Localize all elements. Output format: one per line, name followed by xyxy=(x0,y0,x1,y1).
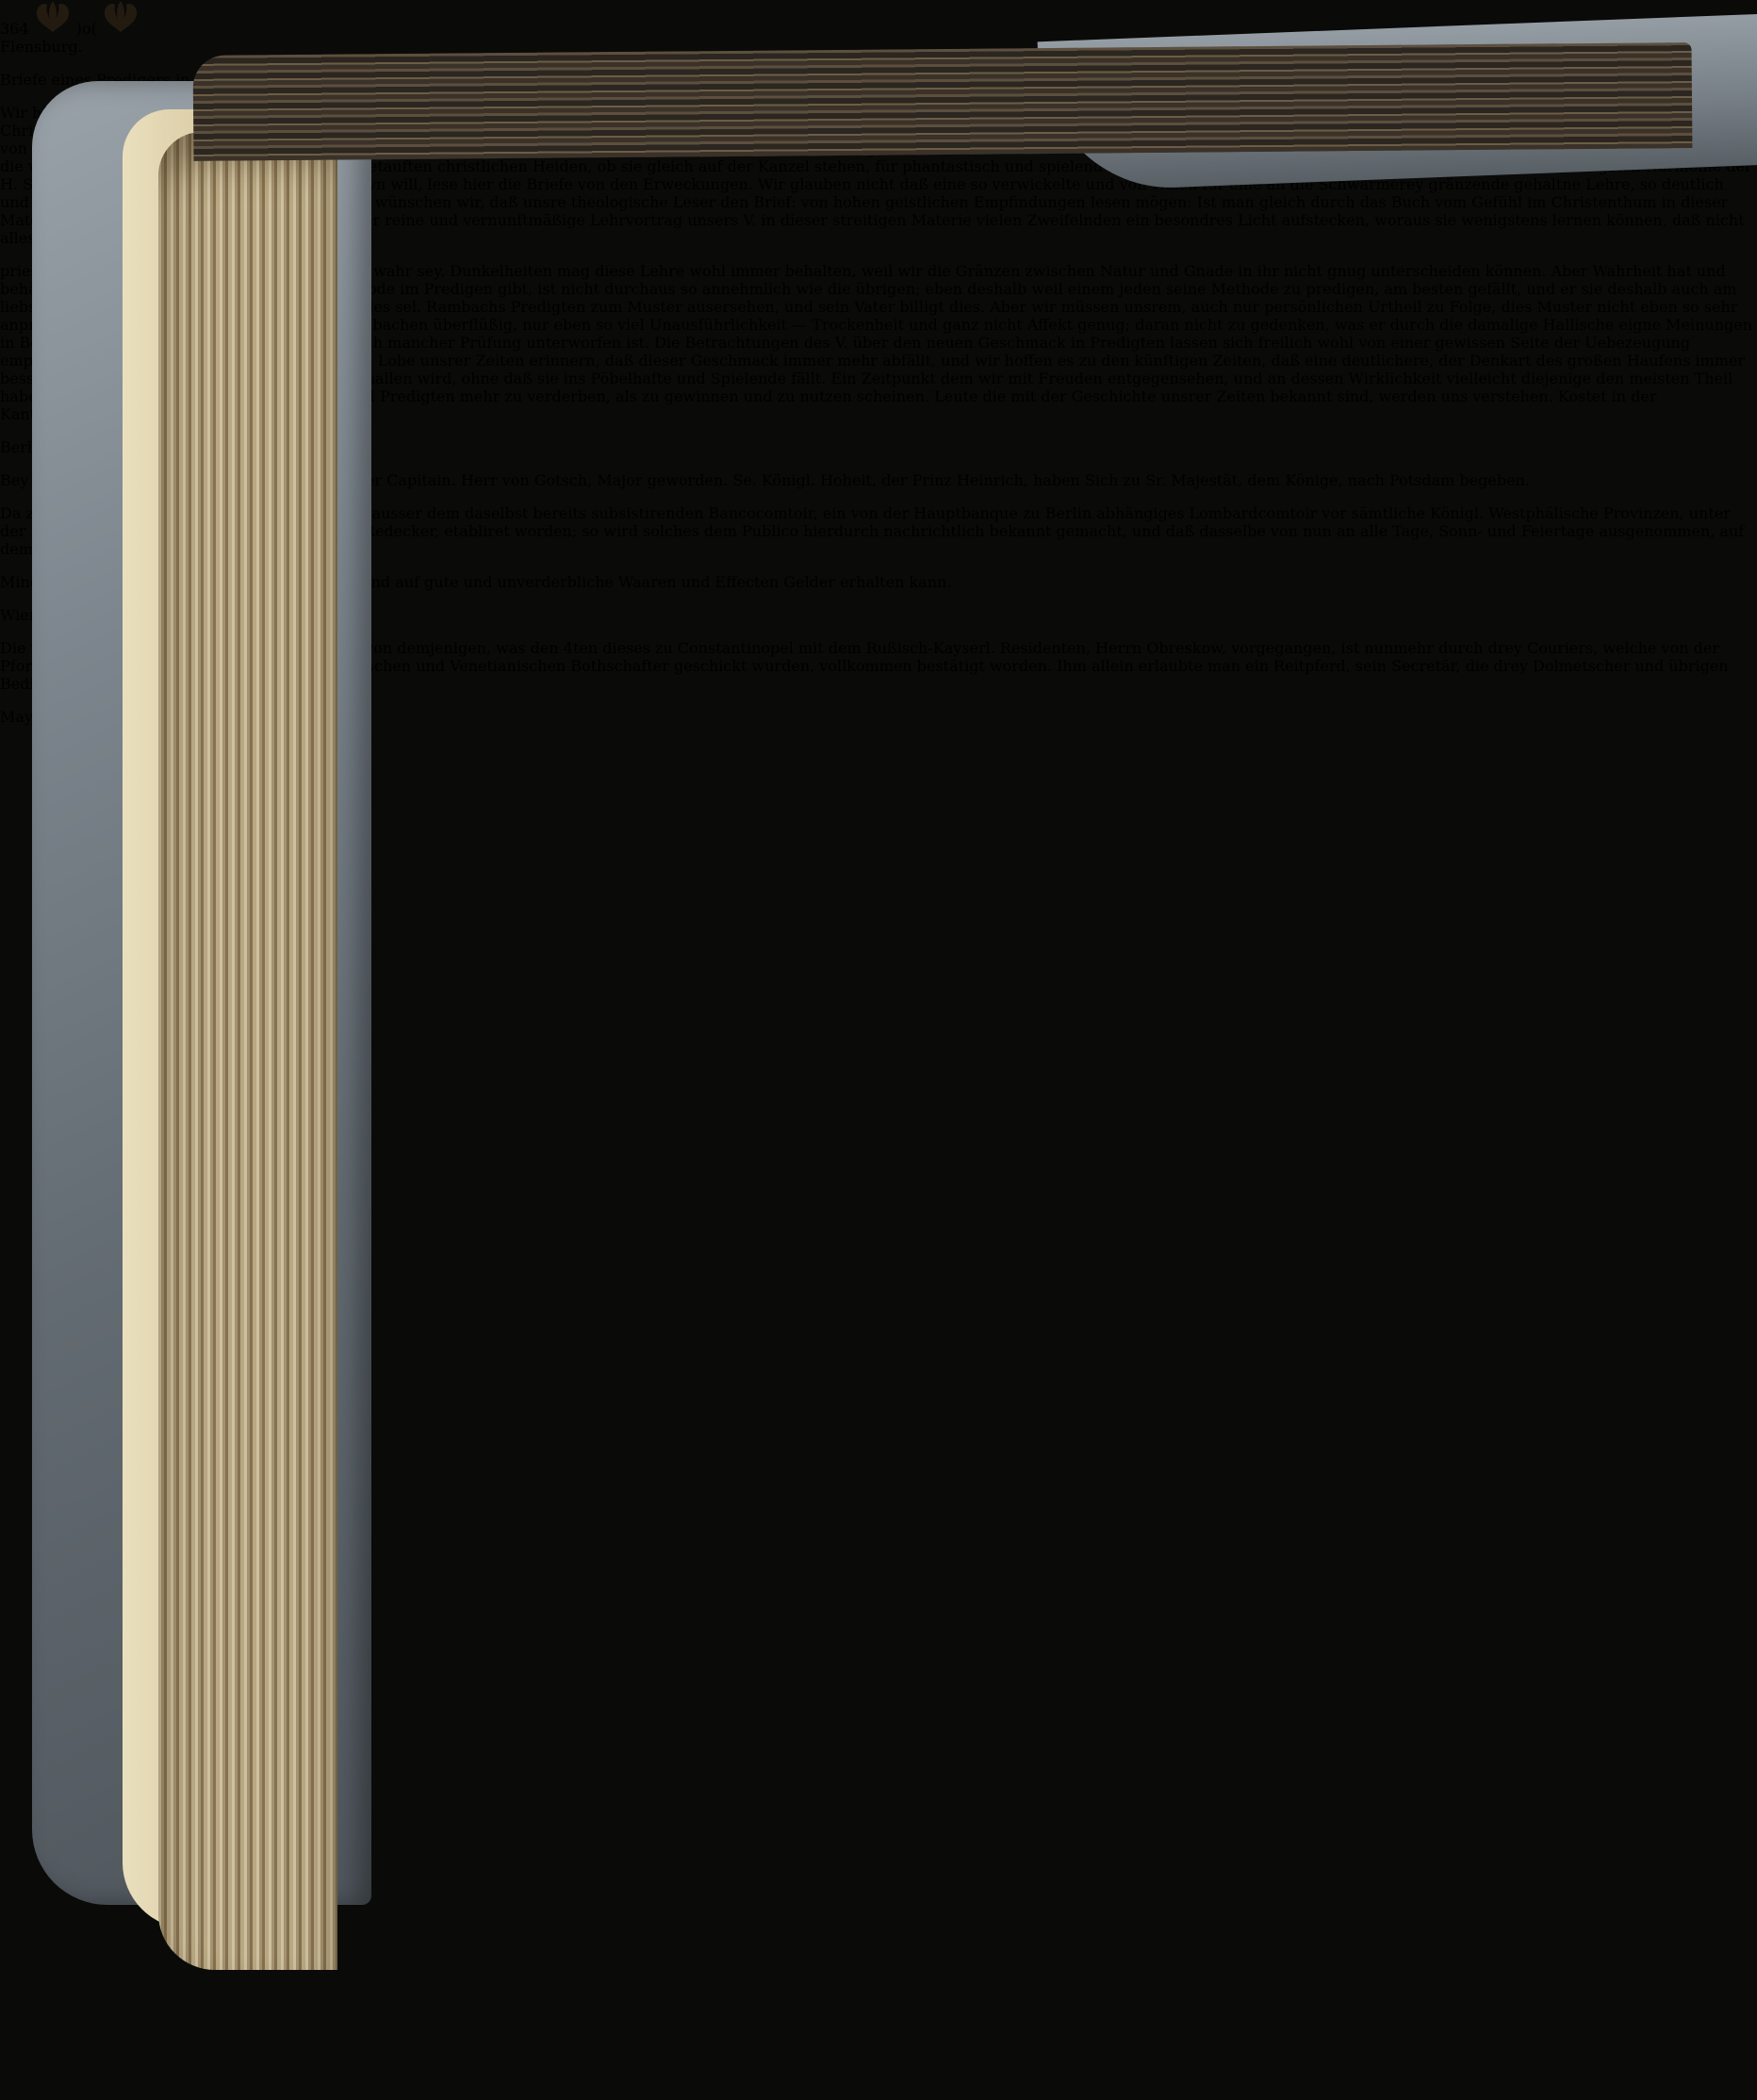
fan-ornament-icon xyxy=(102,0,140,34)
book-scan-photo: 364 )o( xyxy=(0,0,1757,2100)
fan-ornament-icon xyxy=(34,0,72,34)
printers-mark: )o( xyxy=(76,20,97,38)
page-stack-bottom-edge xyxy=(377,2040,1757,2089)
page-stack-left-edge xyxy=(158,132,337,1970)
page-number: 364 xyxy=(0,20,29,38)
page-stack-top-edge xyxy=(193,42,1693,161)
header-ornaments: )o( xyxy=(34,20,140,38)
